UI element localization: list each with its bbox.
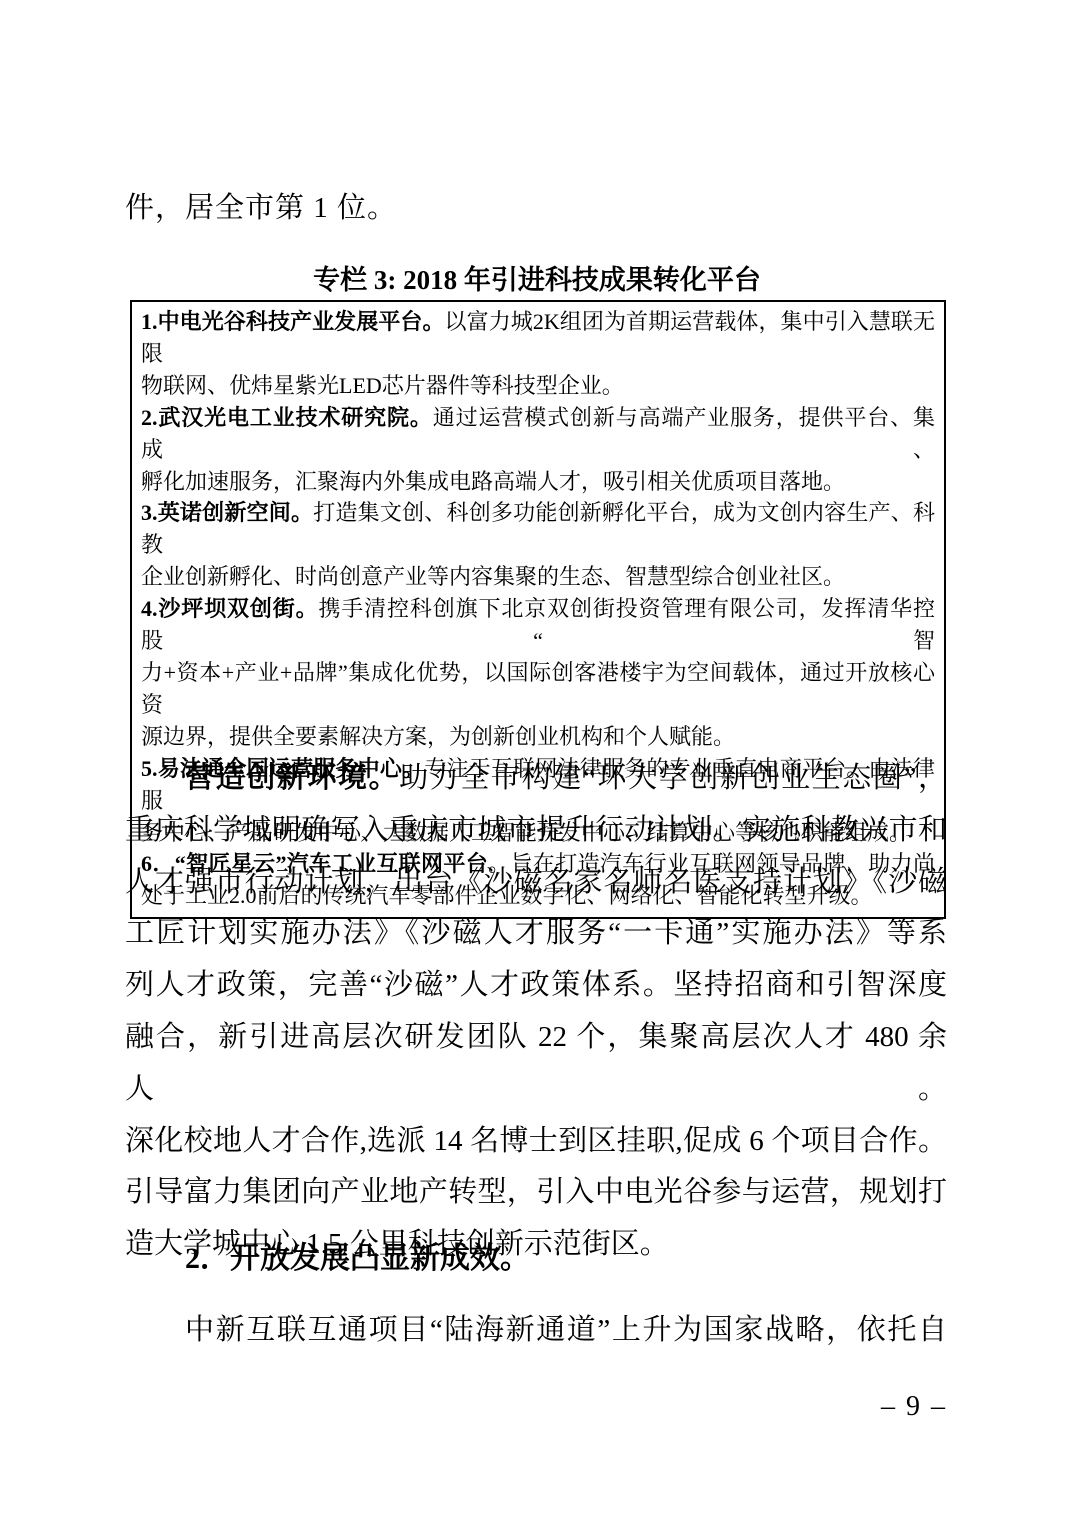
text-line: 深化校地人才合作,选派 14 名博士到区挂职,促成 6 个项目合作。	[125, 1116, 947, 1168]
text-line: 4.沙坪坝双创街。携手清控科创旗下北京双创街投资管理有限公司，发挥清华控股“智	[141, 593, 935, 657]
text-line: 孵化加速服务，汇聚海内外集成电路高端人才，吸引相关优质项目落地。	[141, 466, 935, 498]
text-segment: 工匠计划实施办法》《沙磁人才服务“一卡通”实施办法》等系	[125, 917, 947, 949]
text-segment: 力+资本+产业+品牌”集成化优势，以国际创客港楼宇为空间载体，通过开放核心资	[141, 660, 935, 717]
text-segment-bold: 2．开放发展凸显新成效。	[185, 1242, 530, 1275]
text-segment: 列人才政策，完善“沙磁”人才政策体系。坚持招商和引智深度	[125, 969, 947, 1001]
text-line: 融合，新引进高层次研发团队 22 个，集聚高层次人才 480 余人。	[125, 1012, 947, 1116]
text-segment: 人才强市行动计划，出台《沙磁名家名师名医支持计划》《沙磁	[125, 866, 947, 898]
text-line: 2.武汉光电工业技术研究院。通过运营模式创新与高端产业服务，提供平台、集成、	[141, 402, 935, 466]
text-segment: 孵化加速服务，汇聚海内外集成电路高端人才，吸引相关优质项目落地。	[141, 469, 845, 494]
text-line: 2．开放发展凸显新成效。	[125, 1237, 947, 1281]
text-segment-bold: 1.中电光谷科技产业发展平台。	[141, 309, 445, 334]
text-segment-bold: 4.沙坪坝双创街。	[141, 596, 318, 621]
panel-title: 专栏 3: 2018 年引进科技成果转化平台	[0, 262, 1074, 298]
text-line: 企业创新孵化、时尚创意产业等内容集聚的生态、智慧型综合创业社区。	[141, 561, 935, 593]
text-line: 引导富力集团向产业地产转型，引入中电光谷参与运营，规划打	[125, 1167, 947, 1219]
text-segment: 融合，新引进高层次研发团队 22 个，集聚高层次人才 480 余人。	[125, 1021, 947, 1105]
text-segment: 企业创新孵化、时尚创意产业等内容集聚的生态、智慧型综合创业社区。	[141, 564, 845, 589]
text-line: 力+资本+产业+品牌”集成化优势，以国际创客港楼宇为空间载体，通过开放核心资	[141, 657, 935, 721]
text-line: 中新互联互通项目“陆海新通道”上升为国家战略，依托自	[125, 1305, 947, 1357]
paragraph-open-development: 中新互联互通项目“陆海新通道”上升为国家战略，依托自	[125, 1305, 947, 1357]
text-segment: 物联网、优炜星紫光LED芯片器件等科技型企业。	[141, 373, 624, 398]
text-line: 3.英诺创新空间。打造集文创、科创多功能创新孵化平台，成为文创内容生产、科教	[141, 497, 935, 561]
text-segment: 重庆科学城明确写入重庆市城市提升行动计划。实施科教兴市和	[125, 814, 947, 846]
document-page: 件，居全市第 1 位。 专栏 3: 2018 年引进科技成果转化平台 1.中电光…	[0, 0, 1074, 1520]
text-segment-bold: 3.英诺创新空间。	[141, 500, 313, 525]
text-line: 营造创新环境。助力全市构建“环大学创新创业生态圈”，	[125, 753, 947, 805]
text-line: 重庆科学城明确写入重庆市城市提升行动计划。实施科教兴市和	[125, 805, 947, 857]
text-segment: 深化校地人才合作,选派 14 名博士到区挂职,促成 6 个项目合作。	[125, 1125, 947, 1157]
page-number: – 9 –	[125, 1389, 947, 1425]
text-segment: 助力全市构建“环大学创新创业生态圈”，	[399, 762, 947, 794]
text-line: 人才强市行动计划，出台《沙磁名家名师名医支持计划》《沙磁	[125, 857, 947, 909]
text-segment-bold: 营造创新环境。	[185, 762, 399, 794]
intro-line: 件，居全市第 1 位。	[125, 188, 947, 228]
text-line: 源边界，提供全要素解决方案，为创新创业机构和个人赋能。	[141, 721, 935, 753]
section-heading-open-development: 2．开放发展凸显新成效。	[125, 1237, 947, 1281]
text-segment: 源边界，提供全要素解决方案，为创新创业机构和个人赋能。	[141, 724, 735, 749]
paragraph-innovation-environment: 营造创新环境。助力全市构建“环大学创新创业生态圈”，重庆科学城明确写入重庆市城市…	[125, 753, 947, 1271]
text-line: 物联网、优炜星紫光LED芯片器件等科技型企业。	[141, 370, 935, 402]
text-line: 工匠计划实施办法》《沙磁人才服务“一卡通”实施办法》等系	[125, 908, 947, 960]
text-segment-bold: 2.武汉光电工业技术研究院。	[141, 405, 433, 430]
text-segment: 中新互联互通项目“陆海新通道”上升为国家战略，依托自	[185, 1314, 947, 1346]
text-line: 列人才政策，完善“沙磁”人才政策体系。坚持招商和引智深度	[125, 960, 947, 1012]
text-segment: 引导富力集团向产业地产转型，引入中电光谷参与运营，规划打	[125, 1176, 947, 1208]
text-line: 1.中电光谷科技产业发展平台。以富力城2K组团为首期运营载体，集中引入慧联无限	[141, 306, 935, 370]
